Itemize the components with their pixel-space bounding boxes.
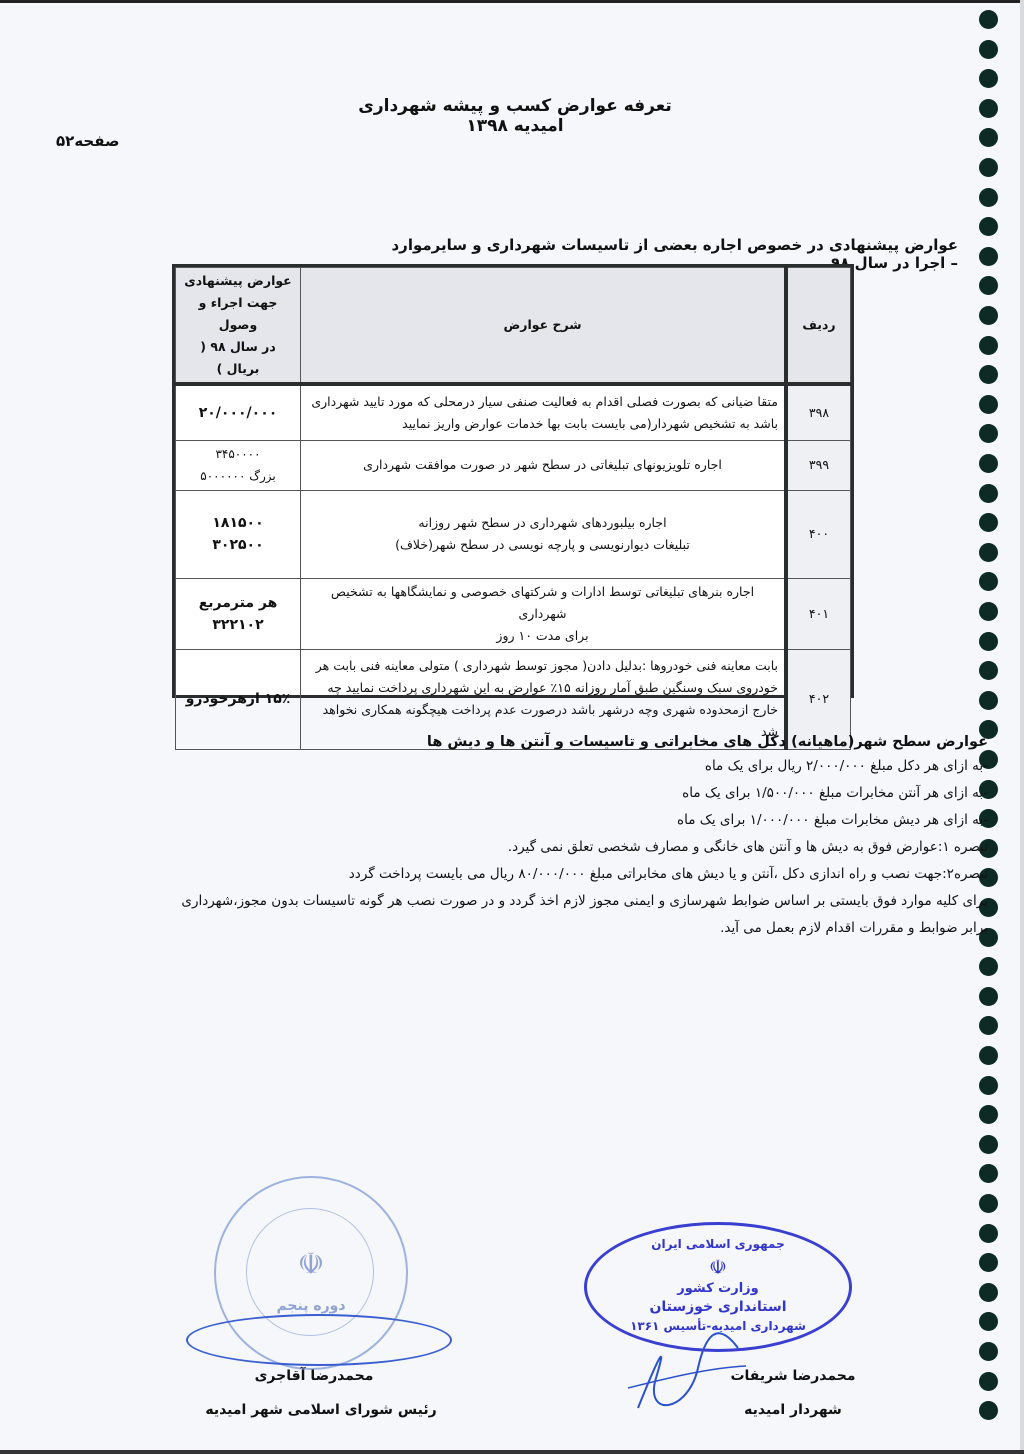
binding-hole: [979, 188, 998, 207]
binding-hole: [979, 1076, 998, 1095]
scanned-page: تعرفه عوارض کسب و پیشه شهرداری امیدیه ۱۳…: [0, 0, 1024, 1454]
row-description: متقا ضیانی که بصورت فصلی اقدام به فعالیت…: [301, 384, 787, 440]
page-bottom-edge: [0, 1450, 1024, 1454]
row-amount: ۲۰/۰۰۰/۰۰۰: [176, 384, 301, 440]
mayor-role: شهردار امیدیه: [728, 1402, 858, 1418]
document-title: تعرفه عوارض کسب و پیشه شهرداری امیدیه ۱۳…: [340, 96, 690, 136]
binding-hole: [979, 1253, 998, 1272]
binding-hole: [979, 1105, 998, 1124]
header-amount: عوارض پیشنهادی جهت اجراء و وصول در سال ۹…: [176, 268, 301, 385]
binding-hole: [979, 632, 998, 651]
binding-hole: [979, 957, 998, 976]
binding-hole: [979, 1046, 998, 1065]
telecom-note-2: تبصره۲:جهت نصب و راه اندازی دکل ،آنتن و …: [60, 863, 988, 885]
council-head-name: محمدرضا آقاجری: [214, 1368, 414, 1384]
binding-hole: [979, 365, 998, 384]
binding-hole: [979, 1135, 998, 1154]
telecom-heading: عوارض سطح شهر(ماهیانه) دکل های مخابراتی …: [60, 734, 988, 750]
row-description-line2: تبلیغات دیوارنویسی و پارچه نویسی در سطح …: [307, 534, 778, 556]
table-header-row: ردیف شرح عوارض عوارض پیشنهادی جهت اجراء …: [176, 268, 851, 385]
row-radif: ۴۰۱: [786, 578, 851, 649]
binding-hole: [979, 513, 998, 532]
telecom-fees-section: عوارض سطح شهر(ماهیانه) دکل های مخابراتی …: [60, 734, 988, 939]
iran-emblem-icon: ☫: [587, 1255, 849, 1279]
binding-hole: [979, 424, 998, 443]
header-description: شرح عوارض: [301, 268, 787, 385]
row-description: اجاره بنرهای تبلیغاتی توسط ادارات و شرکت…: [301, 578, 787, 649]
binding-hole: [979, 1283, 998, 1302]
binding-hole: [979, 691, 998, 710]
table-row: ۴۰۱ اجاره بنرهای تبلیغاتی توسط ادارات و …: [176, 578, 851, 649]
mayor-stamp-line1: جمهوری اسلامی ایران: [587, 1237, 849, 1251]
telecom-item: -به ازای هر دکل مبلغ ۲/۰۰۰/۰۰۰ ریال برای…: [60, 755, 988, 777]
table-row: ۳۹۸ متقا ضیانی که بصورت فصلی اقدام به فع…: [176, 384, 851, 440]
row-amount-line2: بزرگ ۵۰۰۰۰۰۰: [182, 465, 294, 487]
row-amount: ۱۸۱۵۰۰ ۳۰۲۵۰۰: [176, 490, 301, 578]
row-amount: هر مترمربع ۳۲۲۱۰۲: [176, 578, 301, 649]
binding-hole: [979, 987, 998, 1006]
row-description-line1: اجاره بنرهای تبلیغاتی توسط ادارات و شرکت…: [307, 581, 778, 625]
row-amount-line1: ۳۴۵۰۰۰۰: [182, 443, 294, 465]
fees-table: ردیف شرح عوارض عوارض پیشنهادی جهت اجراء …: [172, 264, 854, 698]
binding-hole: [979, 99, 998, 118]
binding-hole: [979, 395, 998, 414]
binding-hole: [979, 276, 998, 295]
binding-hole: [979, 247, 998, 266]
council-signature-oval: [186, 1314, 452, 1366]
row-amount-line1: ۱۸۱۵۰۰: [182, 512, 294, 534]
row-description: اجاره تلویزیونهای تبلیغاتی در سطح شهر در…: [301, 440, 787, 490]
telecom-item: -به ازای هر آنتن مخابرات مبلغ ۱/۵۰۰/۰۰۰ …: [60, 782, 988, 804]
binding-hole: [979, 484, 998, 503]
iran-emblem-icon: ☫: [286, 1240, 336, 1290]
binding-hole: [979, 1224, 998, 1243]
binding-hole: [979, 661, 998, 680]
telecom-note-3-line1: برای کلیه موارد فوق بایستی بر اساس ضوابط…: [60, 890, 988, 912]
row-description-line1: اجاره بیلبوردهای شهرداری در سطح شهر روزا…: [307, 512, 778, 534]
telecom-item: -به ازای هر دیش مخابرات مبلغ ۱/۰۰۰/۰۰۰ ب…: [60, 809, 988, 831]
binding-hole: [979, 1164, 998, 1183]
telecom-note-3-line2: برابر ضوابط و مقررات اقدام لازم بعمل می …: [60, 917, 988, 939]
binding-hole: [979, 1342, 998, 1361]
row-amount-line2: ۳۲۲۱۰۲: [182, 614, 294, 636]
council-head-role: رئیس شورای اسلامی شهر امیدیه: [196, 1402, 446, 1418]
binding-hole: [979, 1401, 998, 1420]
mayor-name: محمدرضا شریفات: [728, 1368, 858, 1384]
binding-hole: [979, 69, 998, 88]
mayor-stamp-line3: استانداری خوزستان: [587, 1299, 849, 1315]
row-radif: ۴۰۰: [786, 490, 851, 578]
table-row: ۴۰۰ اجاره بیلبوردهای شهرداری در سطح شهر …: [176, 490, 851, 578]
binding-hole: [979, 543, 998, 562]
header-amount-line2: جهت اجراء و وصول: [182, 292, 294, 336]
row-amount-line1: هر مترمربع: [182, 592, 294, 614]
header-amount-line3: در سال ۹۸ ( بریال ): [182, 336, 294, 380]
binding-hole: [979, 10, 998, 29]
row-description-line2: برای مدت ۱۰ روز: [307, 625, 778, 647]
binding-hole: [979, 454, 998, 473]
binding-hole: [979, 217, 998, 236]
page-top-edge: [0, 0, 1024, 3]
binding-hole: [979, 306, 998, 325]
binding-hole: [979, 40, 998, 59]
binding-hole: [979, 602, 998, 621]
binding-hole: [979, 572, 998, 591]
binding-hole: [979, 336, 998, 355]
binding-hole: [979, 1372, 998, 1391]
council-stamp-period: دوره پنجم: [216, 1298, 406, 1314]
row-radif: ۳۹۹: [786, 440, 851, 490]
header-radif: ردیف: [786, 268, 851, 385]
binding-hole: [979, 158, 998, 177]
row-amount: ۳۴۵۰۰۰۰ بزرگ ۵۰۰۰۰۰۰: [176, 440, 301, 490]
binding-hole: [979, 1016, 998, 1035]
row-amount-line2: ۳۰۲۵۰۰: [182, 534, 294, 556]
binding-hole: [979, 1312, 998, 1331]
row-radif: ۳۹۸: [786, 384, 851, 440]
header-amount-line1: عوارض پیشنهادی: [182, 270, 294, 292]
mayor-stamp-line2: وزارت کشور: [587, 1281, 849, 1296]
row-description: اجاره بیلبوردهای شهرداری در سطح شهر روزا…: [301, 490, 787, 578]
binding-hole: [979, 1194, 998, 1213]
binding-hole: [979, 128, 998, 147]
page-right-edge: [1020, 0, 1024, 1454]
telecom-note-1: تبصره ۱:عوارض فوق به دیش ها و آنتن های خ…: [60, 836, 988, 858]
table-row: ۳۹۹ اجاره تلویزیونهای تبلیغاتی در سطح شه…: [176, 440, 851, 490]
page-number: صفحه۵۲: [56, 132, 120, 150]
